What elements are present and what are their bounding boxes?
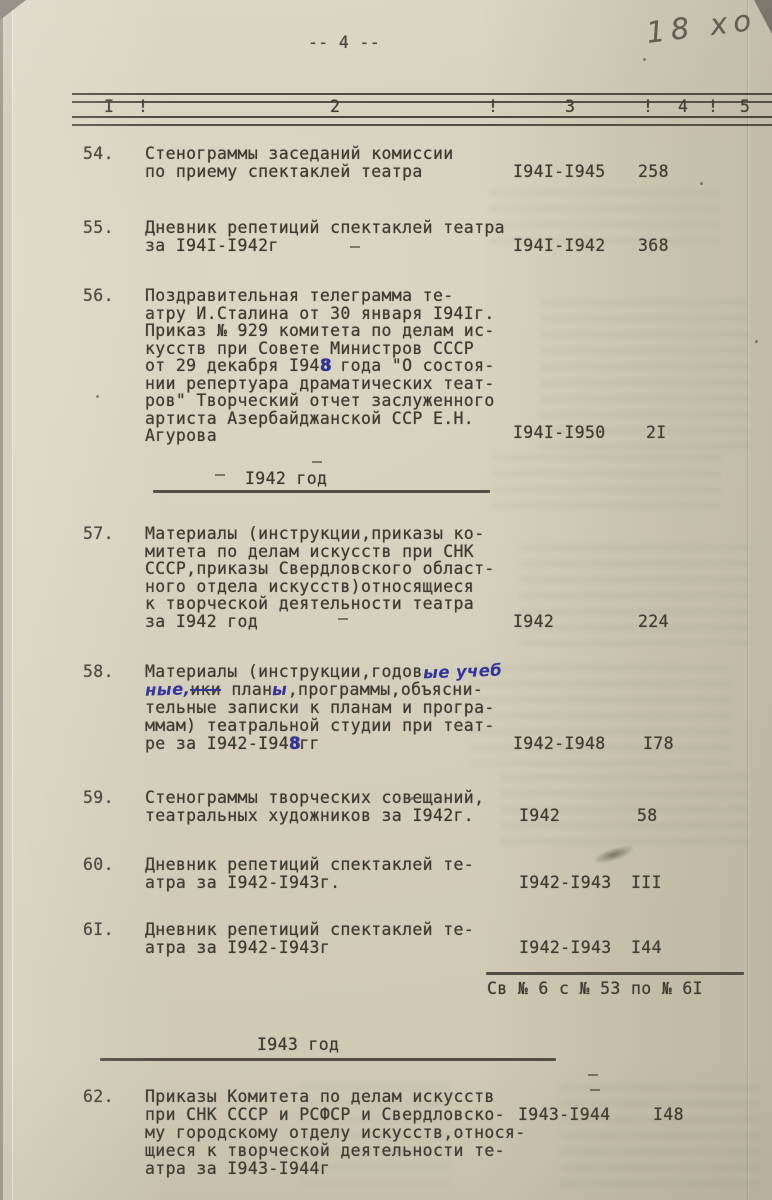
left-page-margin-fold (3, 0, 13, 1200)
top-left-photo-corner (0, 0, 26, 20)
column-separator: ! (643, 98, 653, 116)
entry-dates: I942-I943 (519, 874, 612, 892)
bleed-through-smudge (560, 1085, 760, 1195)
entry-pages: 58 (637, 807, 658, 825)
handwritten-folio-number: 18 хо (644, 0, 772, 50)
ink-speck (755, 340, 758, 343)
entry-number: 57. (83, 525, 114, 543)
entry-pages: III (631, 874, 662, 892)
table-header-rule-top (72, 93, 772, 103)
entry-dates: I942-I948 (513, 735, 606, 753)
entry-number: 56. (83, 287, 114, 305)
bundle-note-rule (486, 972, 744, 975)
entry-title-line2: ные,ики планы,программы,объясни- (145, 681, 483, 699)
bundle-note: Св № 6 с № 53 по № 6I (487, 980, 703, 998)
stray-dash (215, 474, 225, 476)
entry-number: 55. (83, 219, 114, 237)
pencil-smudge (591, 842, 637, 868)
entry-dates: I94I-I945 (513, 163, 606, 181)
stray-dash (588, 1074, 598, 1076)
column-separator: ! (708, 98, 718, 116)
ink-speck (700, 182, 703, 185)
typed-text: план (221, 680, 272, 699)
typed-text: Материалы (инструкции,годов (145, 662, 423, 681)
entry-dates: I942 (519, 807, 560, 825)
entry-pages: I44 (631, 939, 662, 957)
entry-pages: 224 (638, 613, 669, 631)
entry-title: Стенограммы заседаний комиссии по приему… (145, 145, 454, 180)
entry-number: 54. (83, 145, 114, 163)
entry-pages: 368 (638, 237, 669, 255)
entry-title: Материалы (инструкции,приказы ко- митета… (145, 525, 495, 630)
entry-number: 59. (83, 789, 114, 807)
stray-dash (312, 461, 322, 463)
entry-dates: I943-I944 (518, 1106, 611, 1124)
entry-title: Приказы Комитета по делам искусств при С… (145, 1088, 526, 1178)
scanned-archive-page: 18 хо -- 4 -- I ! 2 ! 3 ! 4 ! 5 54. Стен… (0, 0, 772, 1200)
handwritten-correction: ные, (145, 680, 191, 700)
entry-number: 62. (83, 1088, 114, 1106)
entry-number: 58. (83, 663, 114, 681)
column-header-1: I (104, 98, 114, 116)
struck-out-text: ики (190, 680, 221, 699)
entry-title-line1: Материалы (инструкции,годовые учеб (145, 663, 502, 681)
bleed-through-smudge (490, 455, 720, 515)
ink-speck (410, 797, 413, 800)
page-number: -- 4 -- (308, 34, 380, 52)
entry-title: Дневник репетиций спектаклей те- атра за… (145, 856, 474, 891)
column-header-4: 4 (678, 98, 688, 116)
entry-title: Дневник репетиций спектаклей те- атра за… (145, 921, 474, 956)
section-year-1943: I943 год (257, 1036, 339, 1054)
entry-pages: 258 (638, 163, 669, 181)
entry-pages: I78 (643, 735, 674, 753)
entry-pages: 2I (646, 424, 667, 442)
section-underline (153, 490, 490, 493)
entry-title: Дневник репетиций спектаклей театра за I… (145, 219, 505, 254)
column-separator: ! (488, 98, 498, 116)
handwritten-correction: ы (272, 681, 288, 700)
entry-dates: I94I-I942 (513, 237, 606, 255)
column-header-5: 5 (740, 98, 750, 116)
ink-speck (96, 395, 99, 398)
table-header-rule-bottom (72, 116, 772, 126)
entry-pages: I48 (653, 1106, 684, 1124)
stray-dash (338, 618, 348, 620)
stray-dash (350, 246, 360, 248)
entry-number: 60. (83, 856, 114, 874)
stray-dash (590, 1089, 600, 1091)
ink-corrected-digit: 8 (289, 734, 301, 754)
entry-title: Стенограммы творческих совещаний, театра… (145, 789, 484, 824)
entry-dates: I94I-I950 (513, 424, 606, 442)
entry-title-rest: тельные записки к планам и програ- ммам)… (145, 699, 495, 753)
ink-corrected-digit: 8 (320, 356, 332, 376)
column-header-3: 3 (565, 98, 575, 116)
section-year-1942: I942 год (245, 470, 327, 488)
section-underline (100, 1058, 556, 1061)
typed-text: ,программы,объясни- (288, 680, 483, 699)
entry-number: 6I. (83, 921, 114, 939)
column-header-2: 2 (330, 98, 340, 116)
entry-dates: I942 (513, 613, 554, 631)
column-separator: ! (138, 98, 148, 116)
entry-dates: I942-I943 (519, 939, 612, 957)
bleed-through-smudge (520, 545, 750, 645)
right-vertical-crease (747, 0, 748, 1200)
ink-speck (643, 58, 646, 61)
